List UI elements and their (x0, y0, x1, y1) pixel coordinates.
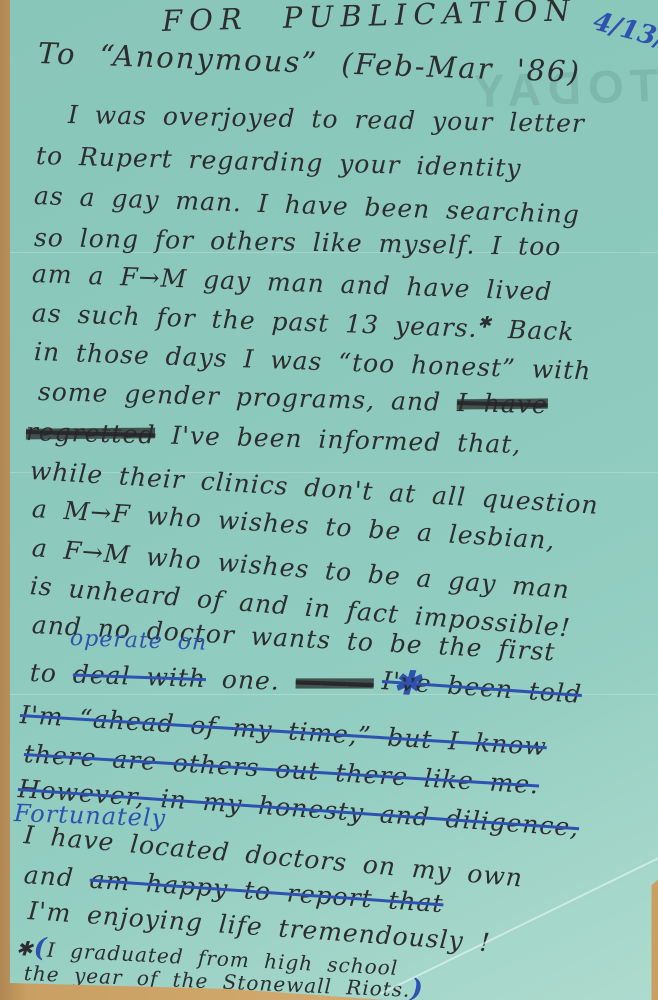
line-09-segment: regretted (26, 417, 156, 449)
line-02-segment: to Rupert regarding your identity (36, 141, 522, 183)
date-annotation: 4/13/86 (590, 7, 658, 64)
line-15-segment: deal with (72, 660, 206, 694)
line-04-segment: so long for others like myself. I too (34, 223, 562, 261)
line-06-segment: Back (492, 314, 575, 346)
line-15-segment: to (29, 658, 73, 688)
salutation-line: To “Anonymous” (Feb-Mar '86) (37, 36, 581, 89)
line-15-segment: ——— (295, 667, 374, 699)
line-08-segment: I have (457, 388, 548, 419)
line-02: to Rupert regarding your identity (36, 141, 522, 183)
line-08-segment: some gender programs, and (38, 377, 458, 417)
scanned-letter-page: { "document": { "kind": "handwritten let… (0, 0, 658, 1000)
line-15-segment: one. (206, 664, 297, 696)
line-06-segment: ✱ (477, 313, 492, 332)
line-03: as a gay man. I have been searching (33, 181, 580, 229)
line-03-segment: as a gay man. I have been searching (33, 181, 580, 229)
line-09-segment: I've been informed that, (155, 420, 522, 459)
line-16-segment: I've been told (381, 666, 583, 709)
line-04: so long for others like myself. I too (34, 223, 562, 261)
line-16: I've been told (381, 666, 583, 709)
line-06-segment: as such for the past 13 years. (31, 298, 478, 343)
line-08: some gender programs, and I have (38, 377, 549, 419)
letter-paper: TODAY FOR PUBLICATION 4/13/86 To “Anonym… (10, 0, 658, 1000)
publication-note: FOR PUBLICATION (162, 0, 578, 38)
line-09: regretted I've been informed that, (26, 417, 522, 459)
line-21-segment: and (23, 860, 91, 894)
